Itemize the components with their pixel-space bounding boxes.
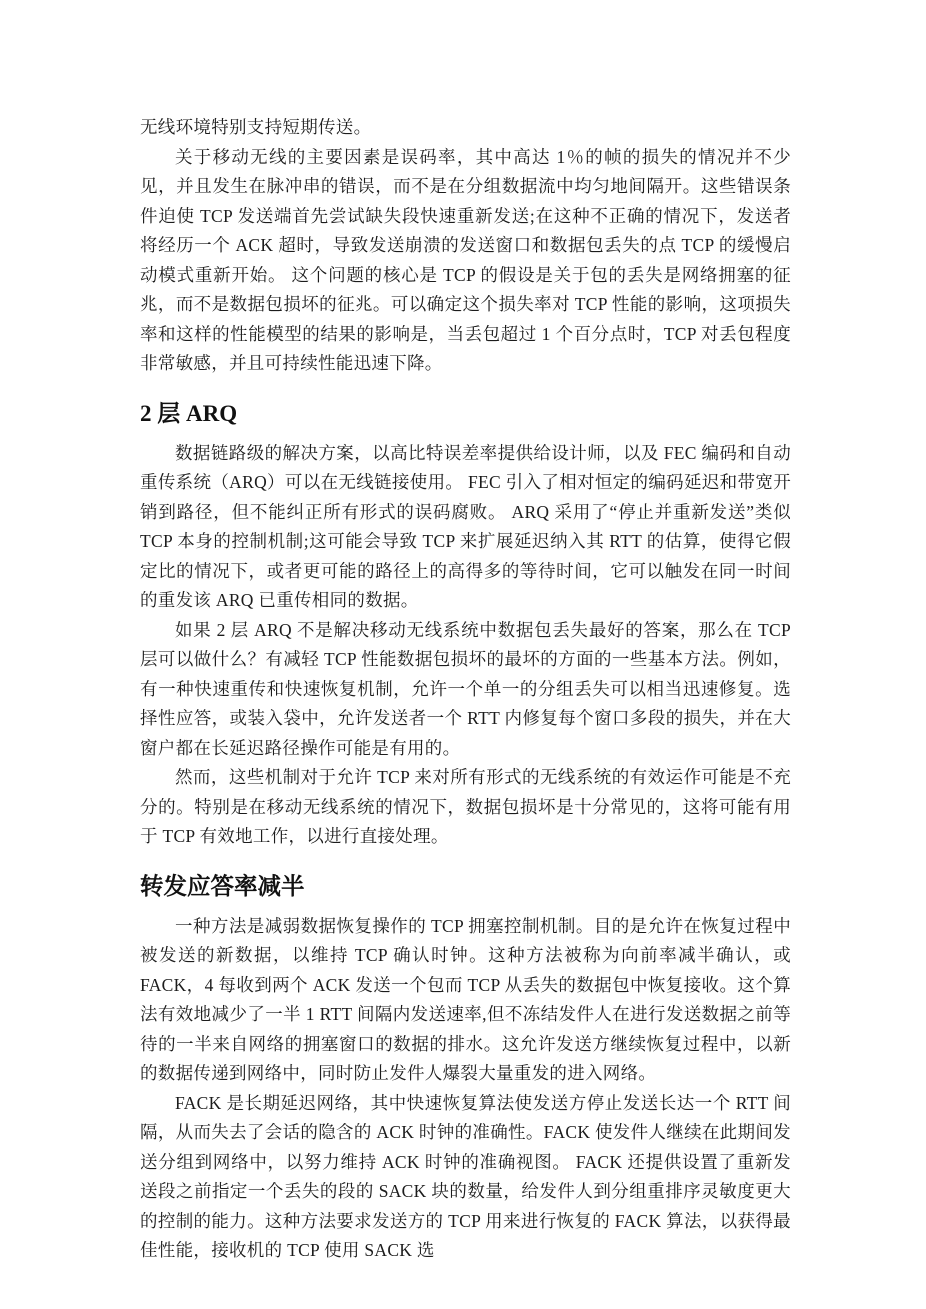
paragraph-mobile-wireless-error-rate: 关于移动无线的主要因素是误码率，其中高达 1％的帧的损失的情况并不少见，并且发生… bbox=[140, 143, 791, 379]
paragraph-continued-from-previous-page: 无线环境特别支持短期传送。 bbox=[140, 113, 791, 143]
paragraph-mechanisms-insufficient: 然而，这些机制对于允许 TCP 来对所有形式的无线系统的有效运作可能是不充分的。… bbox=[140, 763, 791, 852]
section-heading-forward-ack-rate-halving: 转发应答率减半 bbox=[140, 870, 791, 902]
paragraph-tcp-layer-methods: 如果 2 层 ARQ 不是解决移动无线系统中数据包丢失最好的答案，那么在 TCP… bbox=[140, 616, 791, 764]
document-body: 无线环境特别支持短期传送。 关于移动无线的主要因素是误码率，其中高达 1％的帧的… bbox=[140, 113, 791, 1266]
paragraph-data-link-solutions: 数据链路级的解决方案，以高比特误差率提供给设计师，以及 FEC 编码和自动重传系… bbox=[140, 439, 791, 616]
paragraph-fack-rate-halving: 一种方法是减弱数据恢复操作的 TCP 拥塞控制机制。目的是允许在恢复过程中被发送… bbox=[140, 912, 791, 1089]
paragraph-fack-long-delay-networks: FACK 是长期延迟网络，其中快速恢复算法使发送方停止发送长达一个 RTT 间隔… bbox=[140, 1089, 791, 1266]
section-heading-layer2-arq: 2 层 ARQ bbox=[140, 398, 791, 430]
document-page: 无线环境特别支持短期传送。 关于移动无线的主要因素是误码率，其中高达 1％的帧的… bbox=[0, 0, 926, 1309]
